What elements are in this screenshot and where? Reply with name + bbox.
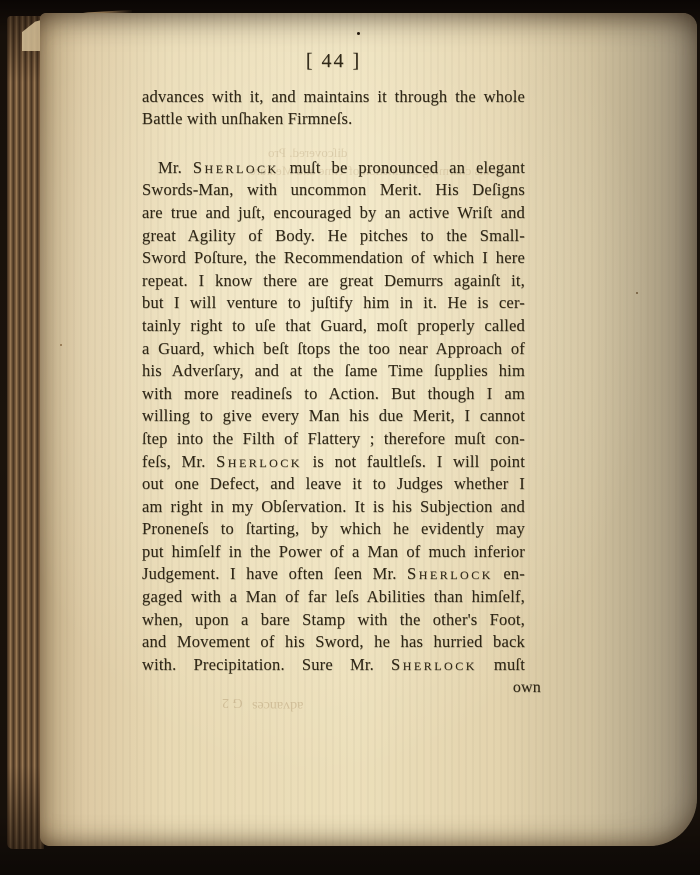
text-segment: am right in my Obſervation. It is his Su…	[142, 497, 525, 516]
dust-speck	[636, 292, 638, 294]
dust-speck	[60, 344, 62, 346]
text-segment: tainly right to uſe that Guard, moſt pro…	[142, 316, 525, 335]
text-segment: when, upon a bare Stamp with the other's…	[142, 610, 525, 629]
page-number: [ 44 ]	[142, 50, 525, 73]
text-line: Proneneſs to ſtarting, by which he evide…	[142, 518, 525, 541]
text-segment: Judgement. I have often ſeen Mr.	[142, 564, 407, 583]
text-line: Sword Poſture, the Recommendation of whi…	[142, 247, 525, 270]
text-segment: advances with it, and maintains it throu…	[142, 87, 525, 106]
text-segment: feſs, Mr.	[142, 452, 216, 471]
text-segment: with more readineſs to Action. But thoug…	[142, 384, 525, 403]
book-gutter-page-edges	[7, 16, 44, 849]
text-block: [ 44 ] advances with it, and maintains i…	[142, 50, 525, 700]
text-segment: willing to give every Man his due Merit,…	[142, 406, 525, 425]
text-segment: Sword Poſture, the Recommendation of whi…	[142, 248, 525, 267]
small-caps-name: Sherlock	[391, 655, 477, 674]
body-lines: advances with it, and maintains it throu…	[142, 86, 525, 677]
text-line: his Adverſary, and at the ſame Time ſupp…	[142, 360, 525, 383]
text-segment: muſt	[477, 655, 525, 674]
text-line: with more readineſs to Action. But thoug…	[142, 383, 525, 406]
text-line: a Guard, which beſt ſtops the too near A…	[142, 338, 525, 361]
text-line: are true and juſt, encouraged by an acti…	[142, 202, 525, 225]
text-segment: Swords-Man, with uncommon Merit. His Deſ…	[142, 180, 525, 199]
text-line: gaged with a Man of far leſs Abilities t…	[142, 586, 525, 609]
text-line: feſs, Mr. Sherlock is not faultleſs. I w…	[142, 451, 525, 474]
text-segment: and Movement of his Sword, he has hurrie…	[142, 632, 525, 651]
catchword: own	[142, 677, 541, 700]
text-line: and Movement of his Sword, he has hurrie…	[142, 631, 525, 654]
text-segment: great Agility of Body. He pitches to the…	[142, 226, 525, 245]
dust-speck	[357, 32, 360, 35]
text-line: but I will venture to juſtify him in it.…	[142, 292, 525, 315]
text-line: Judgement. I have often ſeen Mr. Sherloc…	[142, 563, 525, 586]
text-line: put himſelf in the Power of a Man of muc…	[142, 541, 525, 564]
text-line: Swords-Man, with uncommon Merit. His Deſ…	[142, 179, 525, 202]
small-caps-name: Sherlock	[216, 452, 302, 471]
text-segment: en-	[493, 564, 525, 583]
small-caps-name: Sherlock	[407, 564, 493, 583]
text-segment: Proneneſs to ſtarting, by which he evide…	[142, 519, 525, 538]
text-line: am right in my Obſervation. It is his Su…	[142, 496, 525, 519]
text-line: great Agility of Body. He pitches to the…	[142, 225, 525, 248]
text-line: out one Defect, and leave it to Judges w…	[142, 473, 525, 496]
text-segment: repeat. I know there are great Demurrs a…	[142, 271, 525, 290]
text-line: ſtep into the Filth of Flattery ; theref…	[142, 428, 525, 451]
text-line: tainly right to uſe that Guard, moſt pro…	[142, 315, 525, 338]
text-segment: put himſelf in the Power of a Man of muc…	[142, 542, 525, 561]
text-segment: Mr.	[158, 158, 193, 177]
text-segment: out one Defect, and leave it to Judges w…	[142, 474, 525, 493]
text-segment: are true and juſt, encouraged by an acti…	[142, 203, 525, 222]
text-segment: a Guard, which beſt ſtops the too near A…	[142, 339, 525, 358]
text-segment: gaged with a Man of far leſs Abilities t…	[142, 587, 525, 606]
small-caps-name: Sherlock	[193, 158, 279, 177]
text-segment: his Adverſary, and at the ſame Time ſupp…	[142, 361, 525, 380]
text-segment: is not faultleſs. I will point	[302, 452, 525, 471]
text-line: Battle with unſhaken Firmneſs.	[142, 108, 525, 131]
text-line: advances with it, and maintains it throu…	[142, 86, 525, 109]
text-line: when, upon a bare Stamp with the other's…	[142, 609, 525, 632]
text-segment: Battle with unſhaken Firmneſs.	[142, 109, 352, 128]
text-line: repeat. I know there are great Demurrs a…	[142, 270, 525, 293]
text-segment: ſtep into the Filth of Flattery ; theref…	[142, 429, 525, 448]
text-line: with. Precipitation. Sure Mr. Sherlock m…	[142, 654, 525, 677]
text-line: willing to give every Man his due Merit,…	[142, 405, 525, 428]
text-segment: muſt be pronounced an elegant	[279, 158, 525, 177]
text-line: Mr. Sherlock muſt be pronounced an elega…	[142, 157, 525, 180]
text-segment: with. Precipitation. Sure Mr.	[142, 655, 391, 674]
text-segment: but I will venture to juſtify him in it.…	[142, 293, 525, 312]
